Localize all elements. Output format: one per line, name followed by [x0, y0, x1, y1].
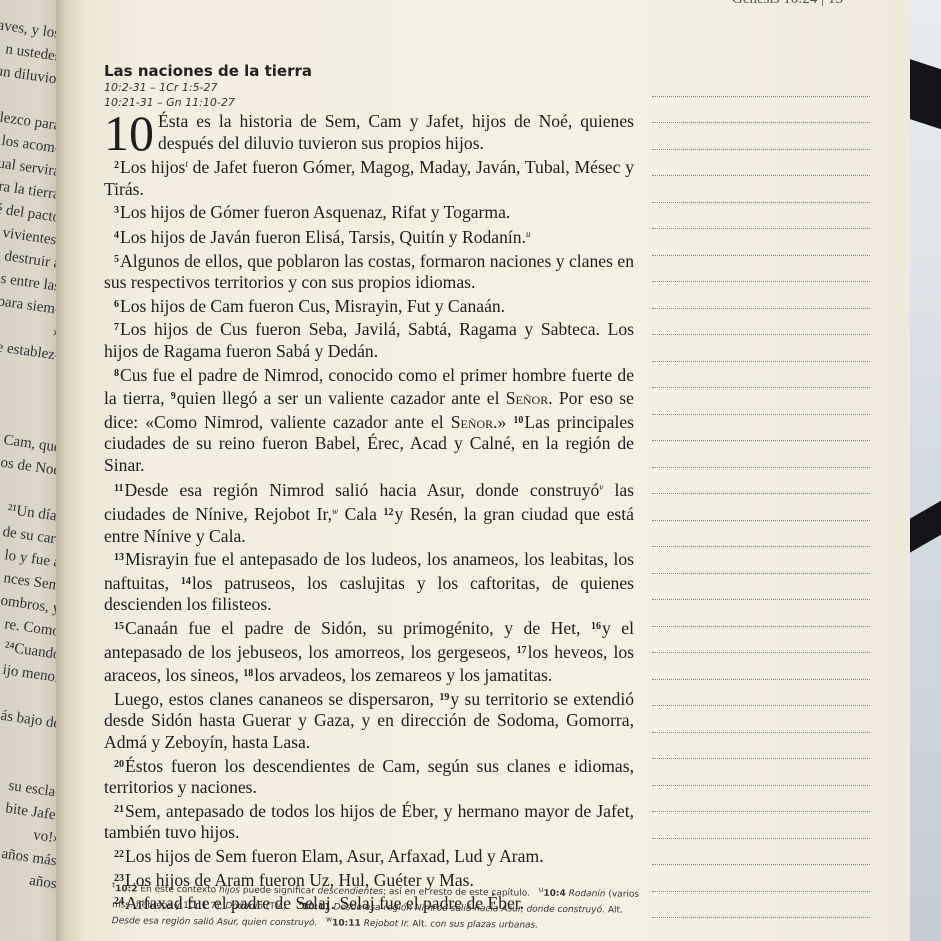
left-page-text-fragment: aves, y los: [0, 17, 61, 43]
note-line: [652, 627, 870, 654]
left-page-text-fragment: años más,: [0, 846, 61, 871]
left-page-text-fragment: ²¹Un día,: [6, 502, 61, 526]
note-line: [652, 97, 870, 124]
verse-20: 20Éstos fueron los descendientes de Cam,…: [104, 754, 634, 799]
left-page-text-fragment: é del pacto: [0, 201, 61, 227]
left-page-text-fragment: os de Noé: [0, 455, 61, 480]
left-page-text-fragment: ijo menor: [1, 662, 61, 687]
note-line: [652, 362, 870, 389]
left-page-text-fragment: ual servirá: [0, 155, 61, 181]
note-line: [652, 388, 870, 415]
cross-reference: 10:21-31 – Gn 11:10-27: [104, 95, 634, 110]
verse-7: 7Los hijos de Cus fueron Seba, Javilá, S…: [104, 317, 634, 362]
verse-1: 10Ésta es la historia de Sem, Cam y Jafe…: [104, 111, 634, 154]
note-line: [652, 786, 870, 813]
note-line: [652, 256, 870, 283]
running-head: Génesis 10:24 | 13: [732, 0, 843, 8]
note-line: [652, 70, 870, 97]
note-line: [652, 839, 870, 866]
left-page-text-fragment: de su car-: [1, 524, 61, 549]
left-page-text-fragment: ²⁴Cuando: [3, 639, 61, 664]
note-line: [652, 229, 870, 256]
left-page-text-fragment: vivientes.: [1, 225, 61, 250]
note-line: [652, 309, 870, 336]
verse-6: 6Los hijos de Cam fueron Cus, Misrayin, …: [104, 294, 634, 318]
left-page-text-fragment: para siem-: [0, 293, 61, 319]
chapter-body: 10Ésta es la historia de Sem, Cam y Jafe…: [104, 111, 634, 915]
verse-15-18: 15Canaán fue el padre de Sidón, su primo…: [104, 616, 634, 687]
note-line: [652, 150, 870, 177]
note-line: [652, 415, 870, 442]
left-page-text-fragment: ombros, y: [0, 593, 61, 618]
left-page-text-fragment: ás bajo de: [0, 708, 61, 733]
chapter-number: 10: [104, 113, 154, 153]
note-line: [652, 600, 870, 627]
verse-5: 5Algunos de ellos, que poblaron las cost…: [104, 249, 634, 294]
footnotes: t10:2 En este contexto hijos puede signi…: [112, 879, 640, 933]
note-line: [652, 176, 870, 203]
note-line: [652, 680, 870, 707]
note-line: [652, 494, 870, 521]
verse-8-10: 8Cus fue el padre de Nimrod, conocido co…: [104, 363, 634, 477]
note-line: [652, 203, 870, 230]
left-page-text-fragment: Cam, que: [2, 432, 61, 457]
verse-22: 22Los hijos de Sem fueron Elam, Asur, Ar…: [104, 844, 634, 868]
left-page-text-fragment: nces Sem: [2, 570, 61, 595]
cross-reference: 10:2-31 – 1Cr 1:5-27: [104, 80, 634, 95]
note-line: [652, 892, 870, 919]
note-line: [652, 547, 870, 574]
left-page-text-fragment: lo y fue a: [3, 547, 61, 572]
verse-2: 2Los hijost de Jafet fueron Gómer, Magog…: [104, 154, 634, 200]
scripture-column: Las naciones de la tierra 10:2-31 – 1Cr …: [104, 62, 634, 915]
left-page-text-fragment: s entre las: [0, 271, 61, 296]
left-page-text-fragment: lezco para: [0, 110, 61, 135]
note-line: [652, 468, 870, 495]
verse-21: 21Sem, antepasado de todos los hijos de …: [104, 799, 634, 844]
left-page-text-fragment: un diluvio.: [0, 63, 61, 89]
section-title: Las naciones de la tierra: [104, 62, 634, 80]
left-page-text-fragment: re. Como: [4, 616, 62, 641]
left-page-text-fragment: su escla-: [7, 778, 61, 802]
verse-18b-19: Luego, estos clanes cananeos se dispersa…: [104, 687, 634, 754]
ribbon-bookmark-top[interactable]: [905, 58, 941, 131]
left-page-text-fragment: destruir a: [3, 248, 61, 273]
note-line: [652, 574, 870, 601]
note-line: [652, 653, 870, 680]
note-line: [652, 759, 870, 786]
verse-3: 3Los hijos de Gómer fueron Asquenaz, Rif…: [104, 200, 634, 224]
left-page-text-fragment: los acom-: [1, 133, 62, 158]
left-page-text-fragment: n ustedes: [4, 41, 61, 66]
note-line: [652, 521, 870, 548]
note-line: [652, 706, 870, 733]
journaling-notes-area: [652, 70, 870, 941]
note-line: [652, 123, 870, 150]
note-line: [652, 918, 870, 941]
verse-11-12: 11Desde esa región Nimrod salió hacia As…: [104, 477, 634, 548]
note-line: [652, 335, 870, 362]
left-page-text-fragment: ra la tierra: [0, 179, 61, 204]
left-page-text-fragment: bite Jafet: [5, 800, 61, 824]
note-line: [652, 441, 870, 468]
verse-4: 4Los hijos de Javán fueron Elisá, Tarsis…: [104, 224, 634, 249]
left-page-text-fragment: e establez-: [0, 339, 61, 365]
note-line: [652, 733, 870, 760]
note-line: [652, 812, 870, 839]
footnote-marker[interactable]: u: [526, 229, 531, 239]
note-line: [652, 865, 870, 892]
verse-13-14: 13Misrayin fue el antepasado de los lude…: [104, 547, 634, 616]
note-line: [652, 282, 870, 309]
